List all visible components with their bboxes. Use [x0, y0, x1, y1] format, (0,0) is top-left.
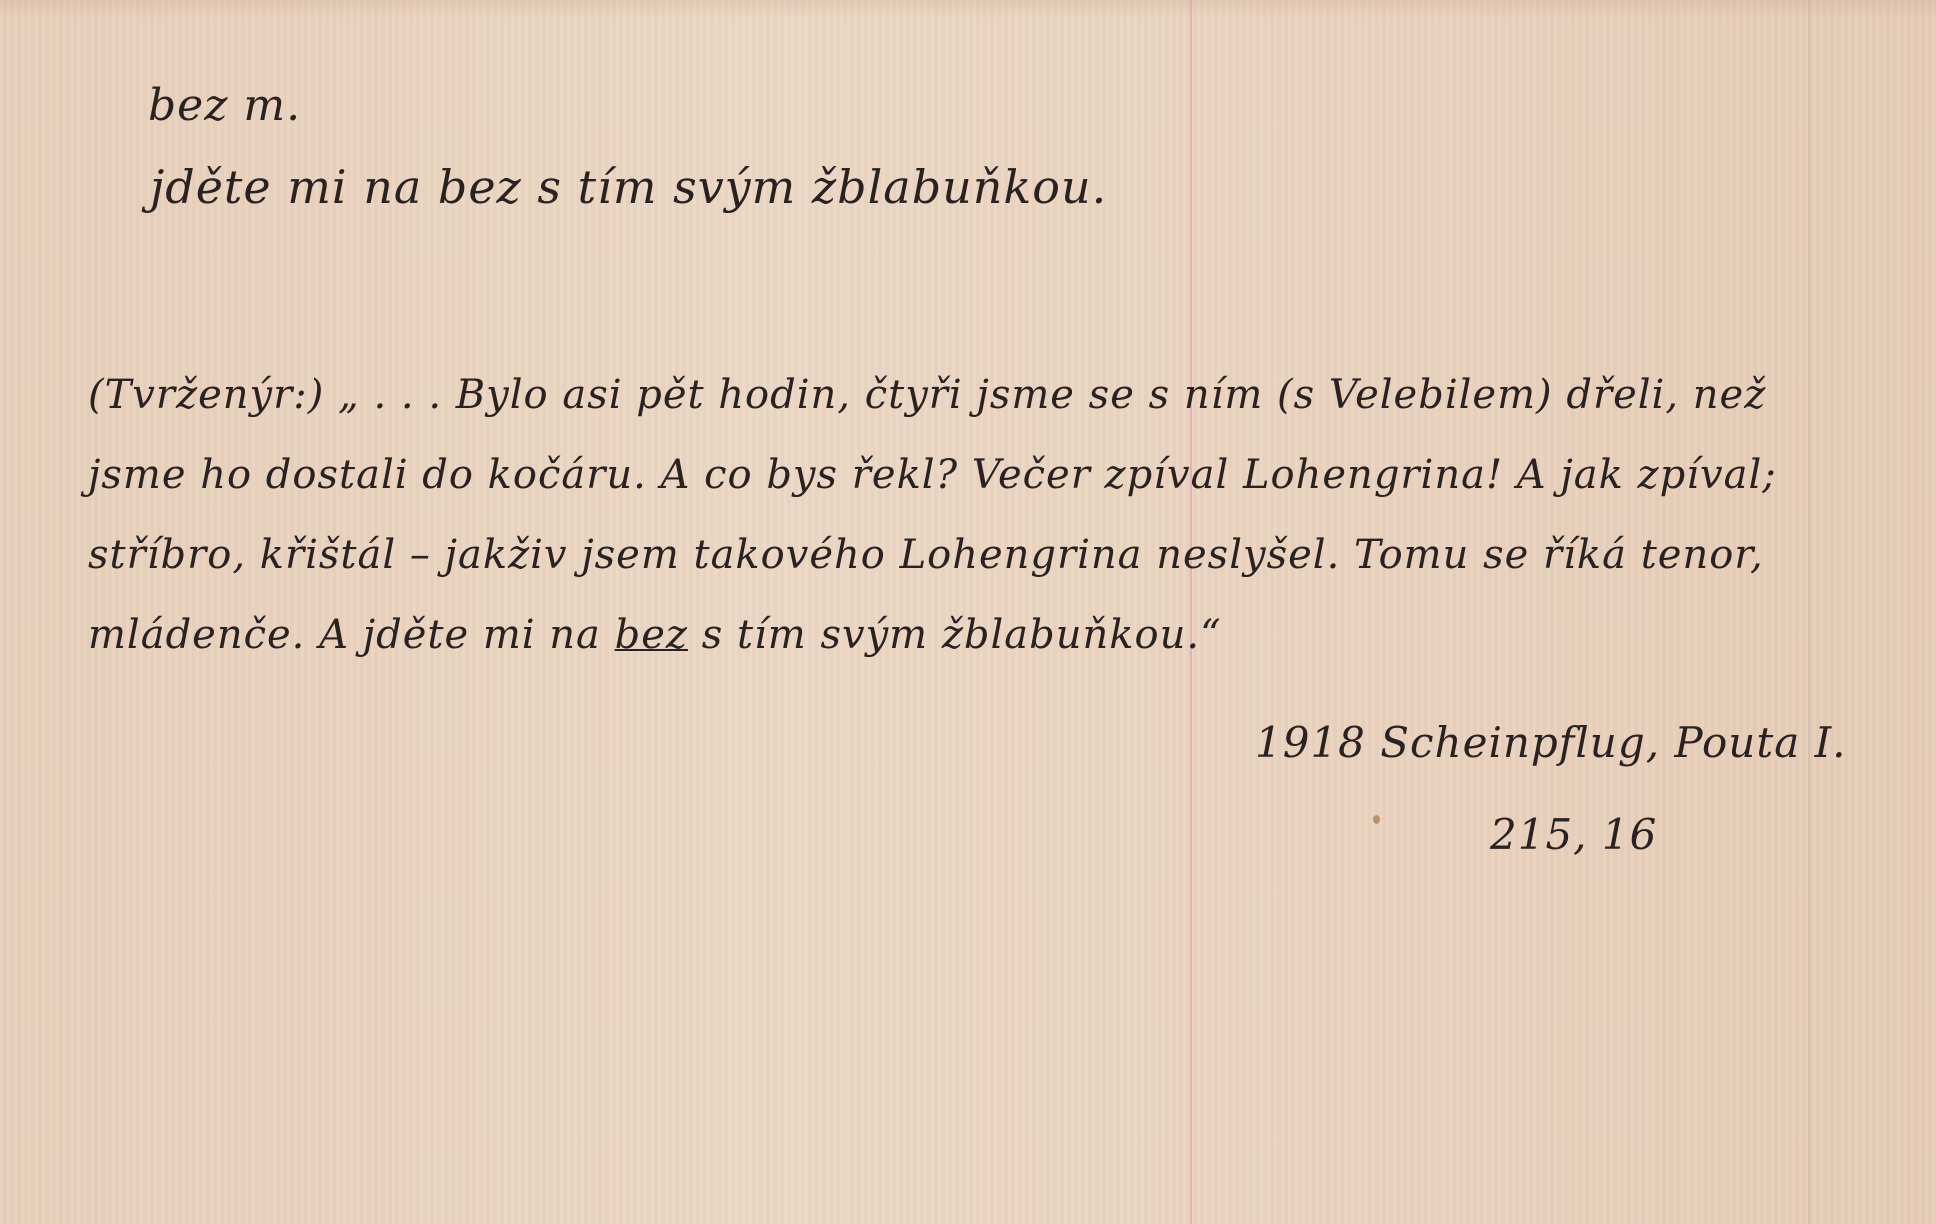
- quote-line-3: stříbro, křištál – jakživ jsem takového …: [88, 532, 1764, 578]
- quote-line-2: jsme ho dostali do kočáru. A co bys řekl…: [88, 452, 1777, 498]
- quote-text-4a: mládenče. A jděte mi na: [88, 612, 615, 658]
- quote-line-4: mládenče. A jděte mi na bez s tím svým ž…: [88, 612, 1222, 658]
- ink-speck: [1373, 815, 1380, 824]
- quote-line-1: (Tvrženýr:) „ . . . Bylo asi pět hodin, …: [88, 372, 1766, 418]
- underlined-headword: bez: [615, 612, 688, 658]
- example-phrase: jděte mi na bez s tím svým žblabuňkou.: [150, 160, 1107, 214]
- headword: bez m.: [148, 80, 301, 131]
- quote-text-4b: s tím svým žblabuňkou.“: [688, 612, 1222, 658]
- source-citation: 1918 Scheinpflug, Pouta I.: [1255, 718, 1847, 767]
- quote-speaker: (Tvrženýr:): [88, 372, 324, 418]
- fold-line: [1808, 0, 1810, 1224]
- quote-text-1: „ . . . Bylo asi pět hodin, čtyři jsme s…: [338, 372, 1766, 418]
- source-page: 215, 16: [1490, 810, 1657, 859]
